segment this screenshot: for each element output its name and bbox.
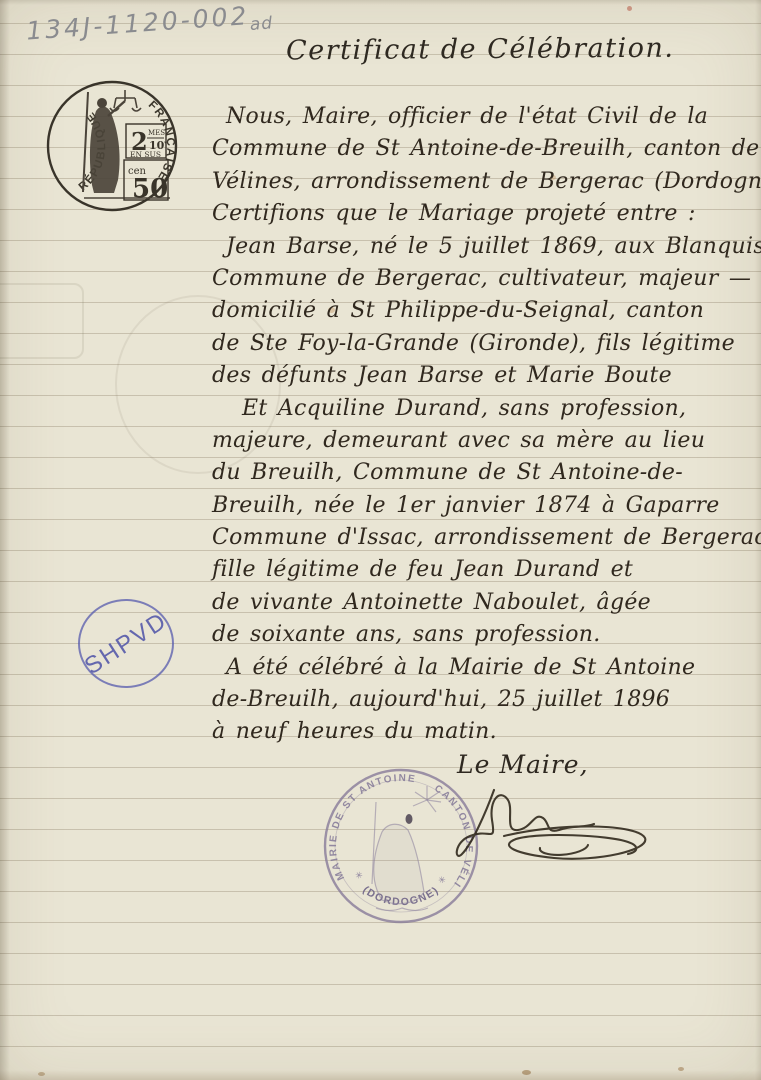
- value-unit: MES: [148, 129, 165, 137]
- body-line: de-Breuilh, aujourd'hui, 25 juillet 1896: [212, 684, 761, 716]
- body-line: de vivante Antoinette Naboulet, âgée: [212, 587, 761, 619]
- certificate-body: Nous, Maire, officier de l'état Civil de…: [212, 101, 761, 749]
- scales-icon: [110, 90, 141, 111]
- body-line: majeure, demeurant avec sa mère au lieu: [212, 425, 761, 457]
- embossed-watermark-rect: [0, 283, 84, 359]
- body-line: domicilié à St Philippe-du-Seignal, cant…: [212, 295, 761, 327]
- archive-stamp-text: SHPVD: [80, 607, 173, 681]
- body-line: Commune de Bergerac, cultivateur, majeur…: [212, 263, 761, 295]
- archive-reference-suffix: ad: [249, 13, 274, 35]
- archive-reference-code: 134J-1120-002: [25, 1, 250, 46]
- mayor-signature: [442, 778, 667, 870]
- body-line: des défunts Jean Barse et Marie Boute: [212, 360, 761, 392]
- scan-edge-top: [0, 0, 761, 5]
- body-line: Certifions que le Mariage projeté entre …: [212, 198, 761, 230]
- revenue-stamp: RÉPUBLIQUE FRANÇAISE 2 ME: [38, 68, 186, 224]
- body-line: de soixante ans, sans profession.: [212, 619, 761, 651]
- body-line: Et Acquiline Durand, sans profession,: [212, 393, 761, 425]
- document-title: Certificat de Célébration.: [286, 33, 675, 67]
- body-line: Commune de St Antoine-de-Breuilh, canton…: [212, 133, 761, 165]
- archive-round-stamp: SHPVD: [78, 599, 174, 688]
- body-line: A été célébré à la Mairie de St Antoine: [212, 652, 761, 684]
- closing-role: Le Maire,: [457, 750, 589, 779]
- body-line: Nous, Maire, officier de l'état Civil de…: [212, 101, 761, 133]
- body-line: Commune d'Issac, arrondissement de Berge…: [212, 522, 761, 554]
- scan-edge-left: [0, 0, 10, 1080]
- value-amount: 50: [132, 174, 168, 204]
- body-line: Vélines, arrondissement de Bergerac (Dor…: [212, 166, 761, 198]
- body-line: Breuilh, née le 1er janvier 1874 à Gapar…: [212, 490, 761, 522]
- body-line: Jean Barse, né le 5 juillet 1869, aux Bl…: [212, 231, 761, 263]
- paper-speck: [627, 6, 632, 11]
- archive-reference: 134J-1120-002ad: [25, 0, 273, 46]
- star-left-icon: ✳: [354, 870, 366, 883]
- star-right-icon: ✳: [435, 874, 447, 887]
- scan-edge-bottom: [0, 1070, 761, 1080]
- value-surtax: EN SUS: [130, 150, 161, 159]
- body-line: du Breuilh, Commune de St Antoine-de-: [212, 457, 761, 489]
- body-line: fille légitime de feu Jean Durand et: [212, 554, 761, 586]
- body-line: à neuf heures du matin.: [212, 716, 761, 748]
- scan-edge-right: [755, 0, 761, 1080]
- ink-blot: [406, 814, 413, 824]
- body-line: de Ste Foy-la-Grande (Gironde), fils lég…: [212, 328, 761, 360]
- document-page: 134J-1120-002ad Certificat de Célébratio…: [0, 0, 761, 1080]
